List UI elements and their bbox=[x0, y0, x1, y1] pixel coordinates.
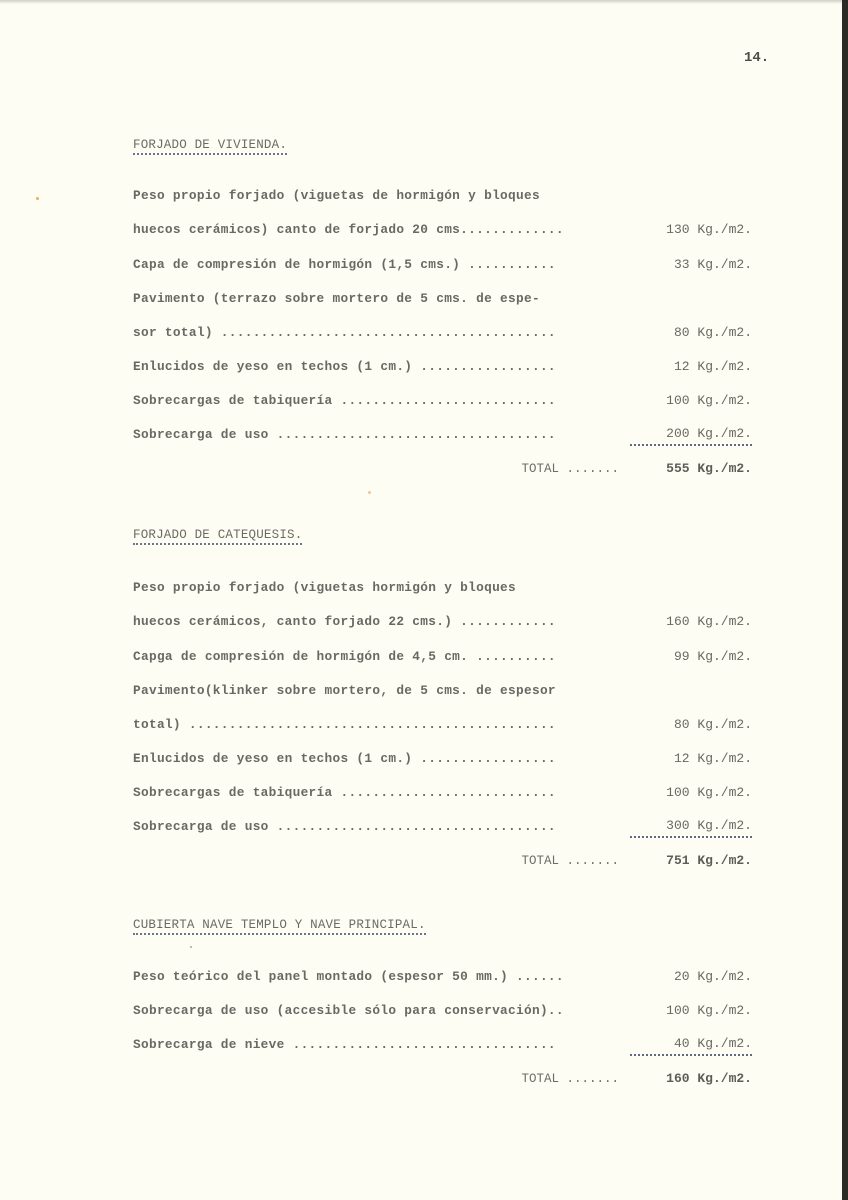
load-line: Enlucidos de yeso en techos (1 cm.) ....… bbox=[133, 750, 619, 768]
page-right-edge bbox=[842, 0, 848, 1200]
load-value: 12 Kg./m2. bbox=[630, 750, 752, 768]
total-label: TOTAL ....... bbox=[500, 460, 619, 478]
load-line: Sobrecarga de uso (accesible sólo para c… bbox=[133, 1002, 619, 1020]
load-value-underlined: 40 Kg./m2. bbox=[630, 1036, 752, 1056]
paper-speck bbox=[36, 197, 39, 200]
total-label: TOTAL ....... bbox=[500, 852, 619, 870]
total-value: 160 Kg./m2. bbox=[630, 1070, 752, 1088]
load-value: 12 Kg./m2. bbox=[630, 358, 752, 376]
total-value: 555 Kg./m2. bbox=[630, 460, 752, 478]
load-value: 100 Kg./m2. bbox=[630, 1002, 752, 1020]
section-title-forjado-vivienda: FORJADO DE VIVIENDA. bbox=[133, 138, 287, 155]
load-value-underlined: 200 Kg./m2. bbox=[630, 426, 752, 446]
load-value: 33 Kg./m2. bbox=[630, 256, 752, 274]
load-value: 100 Kg./m2. bbox=[630, 392, 752, 410]
load-value: 160 Kg./m2. bbox=[630, 613, 752, 631]
load-line: Sobrecarga de nieve ....................… bbox=[133, 1036, 619, 1054]
page-number: 14. bbox=[744, 50, 769, 66]
load-line: Peso propio forjado (viguetas hormigón y… bbox=[133, 579, 619, 597]
load-value: 80 Kg./m2. bbox=[630, 716, 752, 734]
load-line: sor total) .............................… bbox=[133, 324, 619, 342]
section-title-forjado-catequesis: FORJADO DE CATEQUESIS. bbox=[133, 528, 302, 545]
load-line: Enlucidos de yeso en techos (1 cm.) ....… bbox=[133, 358, 619, 376]
load-line: Sobrecargas de tabiquería ..............… bbox=[133, 784, 619, 802]
section-title-cubierta-nave: CUBIERTA NAVE TEMPLO Y NAVE PRINCIPAL. bbox=[133, 918, 426, 935]
paper-speck bbox=[368, 491, 371, 494]
load-line: Sobrecarga de uso ......................… bbox=[133, 426, 619, 444]
total-label: TOTAL ....... bbox=[500, 1070, 619, 1088]
load-line: Pavimento (terrazo sobre mortero de 5 cm… bbox=[133, 290, 619, 308]
total-value: 751 Kg./m2. bbox=[630, 852, 752, 870]
load-line: Capa de compresión de hormigón (1,5 cms.… bbox=[133, 256, 619, 274]
load-line: Peso teórico del panel montado (espesor … bbox=[133, 968, 619, 986]
load-line: Sobrecarga de uso ......................… bbox=[133, 818, 619, 836]
load-value: 130 Kg./m2. bbox=[630, 221, 752, 239]
load-line: Peso propio forjado (viguetas de hormigó… bbox=[133, 187, 619, 205]
load-line: total) .................................… bbox=[133, 716, 619, 734]
load-value: 80 Kg./m2. bbox=[630, 324, 752, 342]
load-line: huecos cerámicos, canto forjado 22 cms.)… bbox=[133, 613, 619, 631]
load-value-underlined: 300 Kg./m2. bbox=[630, 818, 752, 838]
load-line: Pavimento(klinker sobre mortero, de 5 cm… bbox=[133, 682, 619, 700]
load-line: Capga de compresión de hormigón de 4,5 c… bbox=[133, 648, 619, 666]
load-value: 99 Kg./m2. bbox=[630, 648, 752, 666]
load-line: huecos cerámicos) canto de forjado 20 cm… bbox=[133, 221, 619, 239]
load-line: Sobrecargas de tabiquería ..............… bbox=[133, 392, 619, 410]
page-top-edge bbox=[0, 0, 848, 4]
paper-speck bbox=[190, 946, 192, 948]
load-value: 100 Kg./m2. bbox=[630, 784, 752, 802]
load-value: 20 Kg./m2. bbox=[630, 968, 752, 986]
